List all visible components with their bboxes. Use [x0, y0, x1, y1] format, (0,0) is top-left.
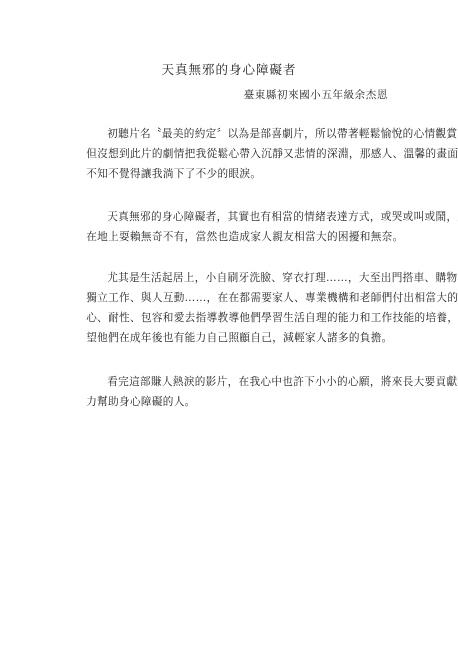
paragraph-line: 初聽片名〝最美的約定〞以為是部喜劇片，所以帶著輕鬆愉悅的心情觀賞，	[65, 124, 397, 144]
paragraph-line: 心、耐性、包容和愛去指導教導他們學習生活自理的能力和工作技能的培養，期	[65, 308, 397, 328]
paragraph-line: 望他們在成年後也有能力自己照顧自己，減輕家人諸多的負擔。	[65, 328, 397, 348]
document-page: 天真無邪的身心障礙者 臺東縣初來國小五年級余杰恩 初聽片名〝最美的約定〞以為是部…	[0, 0, 458, 648]
paragraph-line: 不知不覺得讓我淌下了不少的眼淚。	[65, 164, 397, 184]
paragraph-line: 天真無邪的身心障礙者，其實也有相當的情緒表達方式，或哭或叫或鬧，坐	[65, 207, 397, 227]
paragraph-line: 獨立工作、與人互動……，在在都需要家人、專業機構和老師們付出相當大的耐	[65, 288, 397, 308]
paragraph-line: 但沒想到此片的劇情把我從鬆心帶入沉靜又悲情的深淵，那感人、溫馨的畫面，	[65, 144, 397, 164]
paragraph-1: 初聽片名〝最美的約定〞以為是部喜劇片，所以帶著輕鬆愉悅的心情觀賞， 但沒想到此片…	[65, 124, 397, 184]
paragraph-2: 天真無邪的身心障礙者，其實也有相當的情緒表達方式，或哭或叫或鬧，坐 在地上耍賴無…	[65, 207, 397, 247]
paragraph-line: 在地上耍賴無奇不有，當然也造成家人親友相當大的困擾和無奈。	[65, 227, 397, 247]
author-line: 臺東縣初來國小五年級余杰恩	[244, 88, 388, 102]
paragraph-line: 尤其是生活起居上，小自刷牙洗臉、穿衣打理……，大至出門搭車、購物、	[65, 268, 397, 288]
paragraph-line: 力幫助身心障礙的人。	[65, 392, 397, 412]
paragraph-4: 看完這部賺人熱淚的影片，在我心中也許下小小的心願，將來長大要貢獻心 力幫助身心障…	[65, 372, 397, 412]
paragraph-line: 看完這部賺人熱淚的影片，在我心中也許下小小的心願，將來長大要貢獻心	[65, 372, 397, 392]
document-title: 天真無邪的身心障礙者	[0, 62, 458, 78]
paragraph-3: 尤其是生活起居上，小自刷牙洗臉、穿衣打理……，大至出門搭車、購物、 獨立工作、與…	[65, 268, 397, 348]
